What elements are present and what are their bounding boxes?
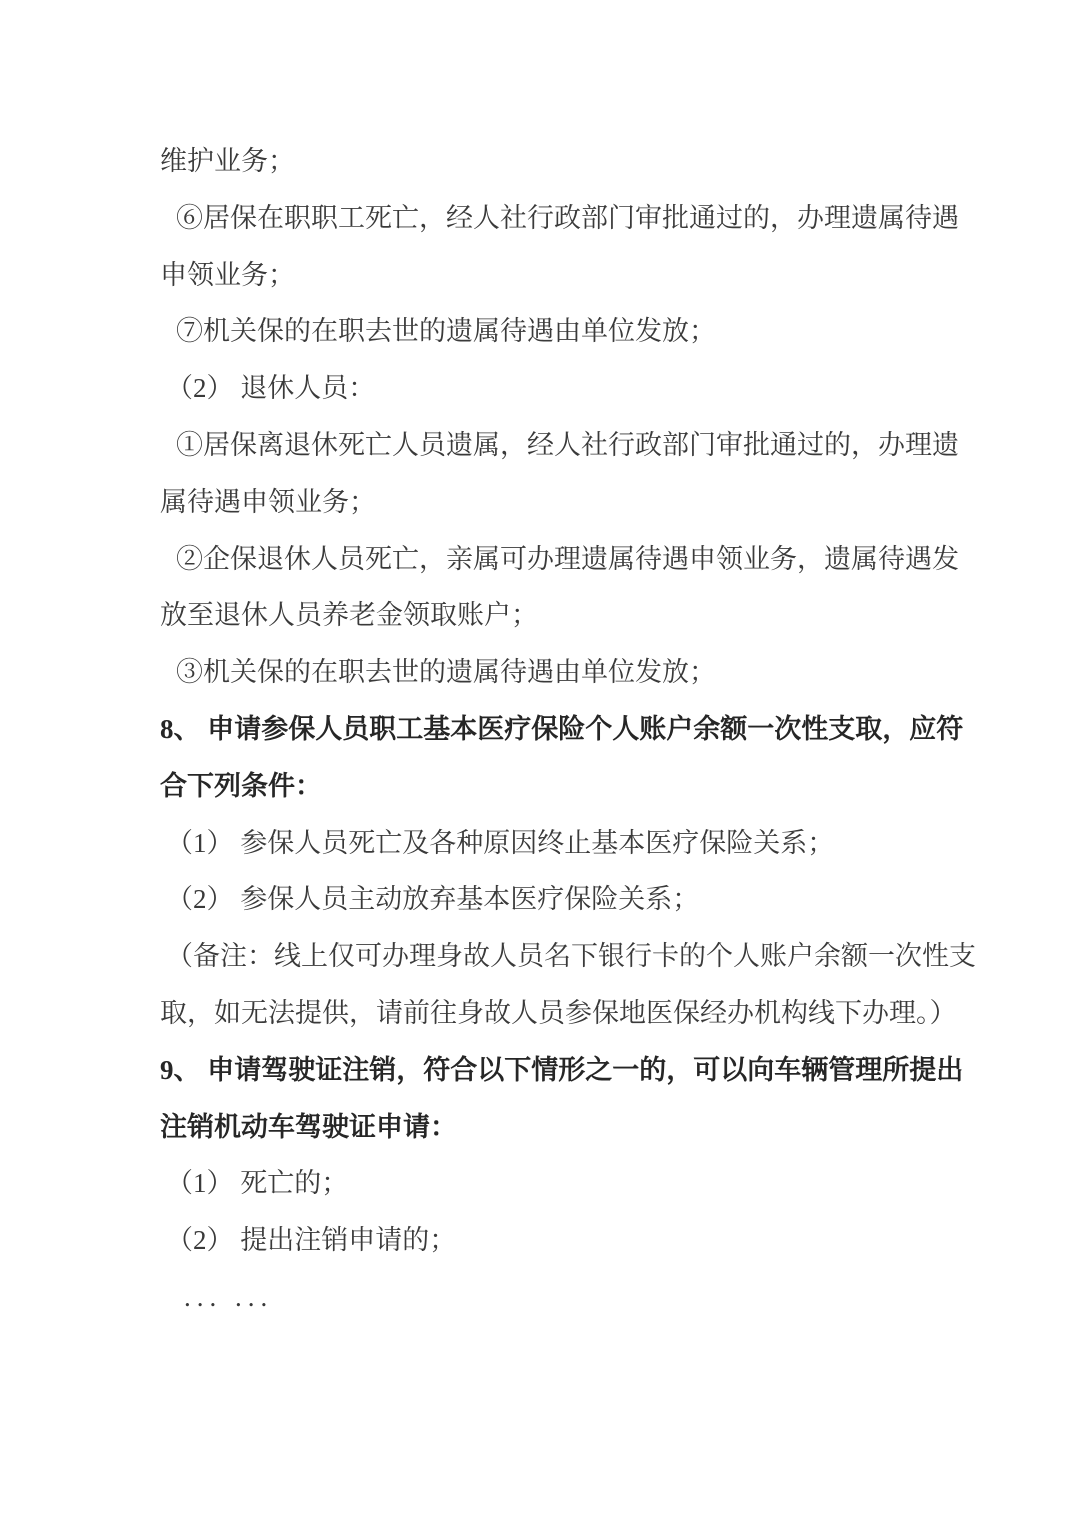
doc-line: 放至退休人员养老金领取账户； [160,587,950,644]
doc-line: （备注：线上仅可办理身故人员名下银行卡的个人账户余额一次性支 [160,928,950,985]
doc-line: 属待遇申领业务； [160,474,950,531]
doc-heading-line: 合下列条件： [160,758,950,815]
doc-line: 申领业务； [160,247,950,304]
document-content: 维护业务； ⑥居保在职职工死亡，经人社行政部门审批通过的，办理遗属待遇 申领业务… [160,133,950,1326]
doc-line: ⑦机关保的在职去世的遗属待遇由单位发放； [160,303,950,360]
doc-line: （1） 死亡的； [160,1155,950,1212]
doc-line: （2） 退休人员： [160,360,950,417]
document-page: 维护业务； ⑥居保在职职工死亡，经人社行政部门审批通过的，办理遗属待遇 申领业务… [0,0,1074,1520]
doc-line: （1） 参保人员死亡及各种原因终止基本医疗保险关系； [160,815,950,872]
doc-line: （2） 参保人员主动放弃基本医疗保险关系； [160,871,950,928]
doc-heading-line: 8、 申请参保人员职工基本医疗保险个人账户余额一次性支取，应符 [160,701,950,758]
doc-line: 维护业务； [160,133,950,190]
doc-line: ①居保离退休死亡人员遗属，经人社行政部门审批通过的，办理遗 [160,417,950,474]
doc-line: ②企保退休人员死亡，亲属可办理遗属待遇申领业务，遗属待遇发 [160,531,950,588]
doc-line: ③机关保的在职去世的遗属待遇由单位发放； [160,644,950,701]
doc-line: （2） 提出注销申请的； [160,1212,950,1269]
doc-ellipsis-line: ... ... [160,1269,950,1326]
doc-heading-line: 9、 申请驾驶证注销，符合以下情形之一的，可以向车辆管理所提出 [160,1042,950,1099]
doc-line: 取，如无法提供，请前往身故人员参保地医保经办机构线下办理。） [160,985,950,1042]
doc-line: ⑥居保在职职工死亡，经人社行政部门审批通过的，办理遗属待遇 [160,190,950,247]
doc-heading-line: 注销机动车驾驶证申请： [160,1099,950,1156]
